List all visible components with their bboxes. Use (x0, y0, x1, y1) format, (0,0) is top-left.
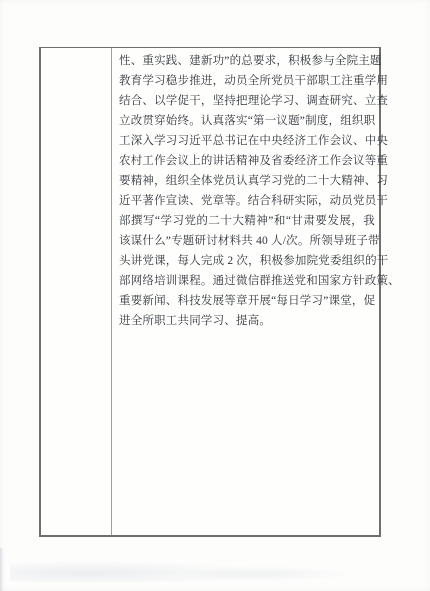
report-text-line: 进全所职工共同学习、提高。 (119, 311, 375, 331)
table-label-cell (41, 48, 112, 535)
report-text-line: 结合、以学促干，坚持把理论学习、调查研究、立查 (119, 91, 375, 111)
report-text-line: 性、重实践、建新功”的总要求，积极参与全院主题 (119, 51, 375, 71)
report-text-line: 工深入学习习近平总书记在中央经济工作会议、中央 (119, 131, 375, 151)
scan-smudge (10, 560, 270, 582)
report-text-line: 要精神，组织全体党员认真学习党的二十大精神、习 (119, 171, 375, 191)
report-text-line: 重要新闻、科技发展等章开展“每日学习”课堂，促 (119, 291, 375, 311)
scan-smudge (180, 566, 350, 582)
table-content-cell: 性、重实践、建新功”的总要求，积极参与全院主题 教育学习稳步推进，动员全所党员干… (113, 48, 379, 535)
report-text-line: 头讲党课，每人完成 2 次，积极参加院党委组织的干 (119, 251, 375, 271)
report-text-line: 农村工作会议上的讲话精神及省委经济工作会议等重 (119, 151, 375, 171)
report-text-line: 部撰写“学习党的二十大精神”和“甘肃要发展，我 (119, 211, 375, 231)
report-table: 性、重实践、建新功”的总要求，积极参与全院主题 教育学习稳步推进，动员全所党员干… (39, 47, 381, 537)
report-text-line: 部网络培训课程。通过微信群推送党和国家方针政策、 (119, 271, 375, 291)
report-text-line: 立改贯穿始终。认真落实“第一议题”制度，组织职 (119, 111, 375, 131)
report-text-line: 该谋什么”专题研讨材料共 40 人/次。所领导班子带 (119, 231, 375, 251)
report-text-line: 教育学习稳步推进，动员全所党员干部职工注重学用 (119, 71, 375, 91)
report-text-line: 近平著作宣读、党章等。结合科研实际，动员党员干 (119, 191, 375, 211)
scanned-document-page: 性、重实践、建新功”的总要求，积极参与全院主题 教育学习稳步推进，动员全所党员干… (0, 0, 430, 591)
scan-edge-shadow (0, 548, 4, 591)
